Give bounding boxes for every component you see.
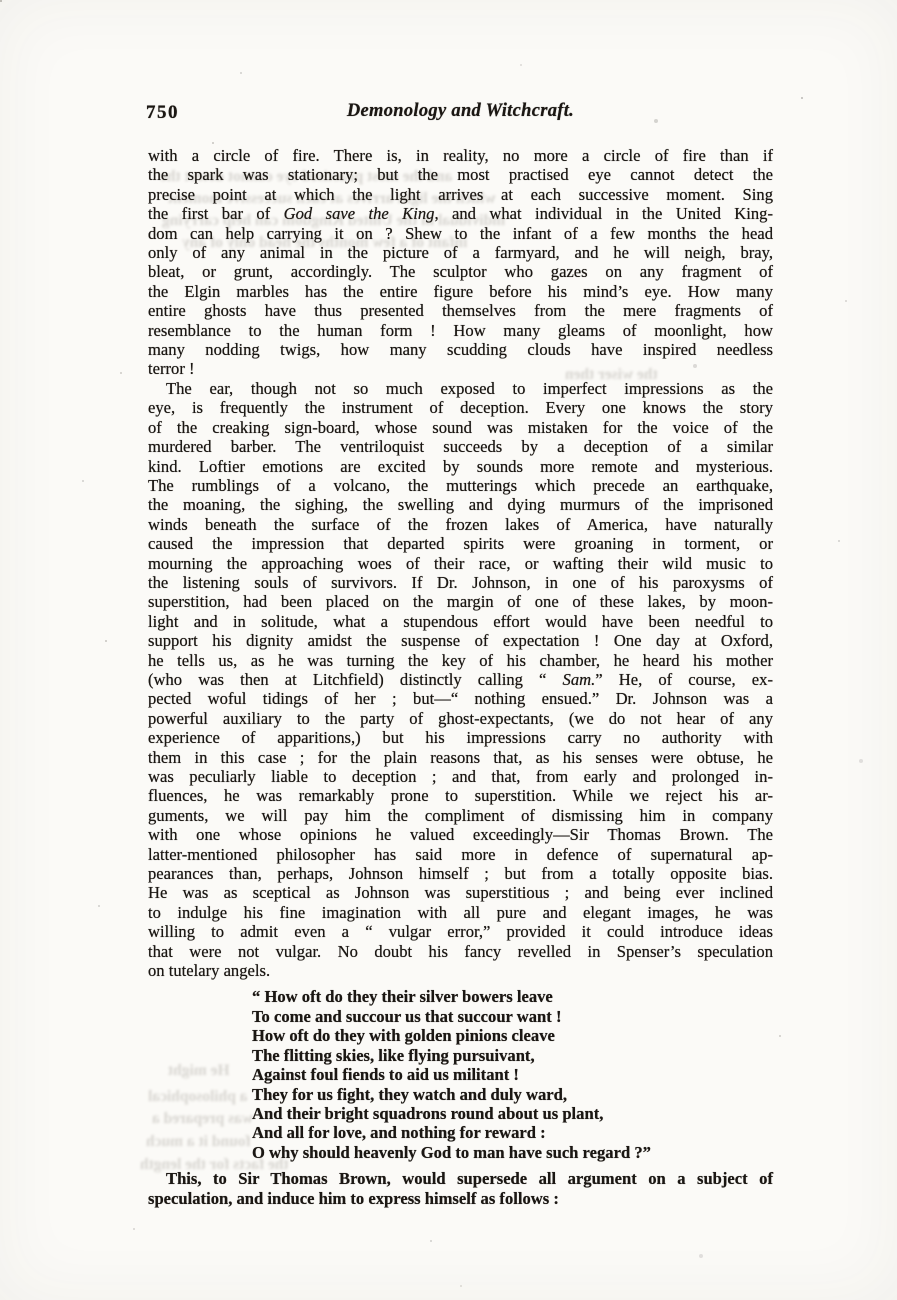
text-line: And all for love, and nothing for reward… [252,1123,773,1142]
text-line: (who was then at Litchfield) distinctly … [148,670,773,689]
text-line: speculation, and induce him to express h… [148,1189,773,1208]
text-line: resemblance to the human form ! How many… [148,321,773,340]
paragraph: with a circle of fire. There is, in real… [148,146,773,379]
text-line: with one whose opinions he valued exceed… [148,825,773,844]
text-line: the spark was stationary; but the most p… [148,165,773,184]
text-line: that were not vulgar. No doubt his fancy… [148,942,773,961]
text-line: He was as sceptical as Johnson was super… [148,883,773,902]
text-line: terror ! [148,359,773,378]
text-line: only of any animal in the picture of a f… [148,243,773,262]
text-line: They for us fight, they watch and duly w… [252,1085,773,1104]
text-line: The rumblings of a volcano, the mutterin… [148,476,773,495]
text-line: kind. Loftier emotions are excited by so… [148,457,773,476]
text-line: mourning the approaching woes of their r… [148,554,773,573]
text-line: fluences, he was remarkably prone to sup… [148,786,773,805]
page-header: 750 Demonology and Witchcraft. [148,101,773,127]
text-line: The flitting skies, like flying pursuiva… [252,1046,773,1065]
text-line: pearances than, perhaps, Johnson himself… [148,864,773,883]
text-line: precise point at which the light arrives… [148,185,773,204]
page-number: 750 [146,102,179,124]
text-line: murdered barber. The ventriloquist succe… [148,437,773,456]
text-line: experience of apparitions,) but his impr… [148,728,773,747]
text-line: To come and succour us that succour want… [252,1007,773,1026]
paragraph: This, to Sir Thomas Brown, would superse… [148,1169,773,1208]
text-line: the moaning, the sighing, the swelling a… [148,495,773,514]
running-title: Demonology and Witchcraft. [148,101,773,122]
text-line: on tutelary angels. [148,961,773,980]
paragraph: The ear, though not so much exposed to i… [148,379,773,981]
text-line: And their bright squadrons round about u… [252,1104,773,1123]
text-line: powerful auxiliary to the party of ghost… [148,709,773,728]
text-line: bleat, or grunt, accordingly. The sculpt… [148,262,773,281]
text-line: Against foul fiends to aid us militant ! [252,1065,773,1084]
text-line: O why should heavenly God to man have su… [252,1143,773,1162]
text-line: “ How oft do they their silver bowers le… [252,987,773,1006]
text-line: This, to Sir Thomas Brown, would superse… [148,1169,773,1188]
text-block: with a circle of fire. There is, in real… [148,146,773,1208]
text-line: the first bar of God save the King, and … [148,204,773,223]
text-line: dom can help carrying it on ? Shew to th… [148,224,773,243]
text-line: caused the impression that departed spir… [148,534,773,553]
text-line: guments, we will pay him the compliment … [148,806,773,825]
text-line: eye, is frequently the instrument of dec… [148,398,773,417]
text-line: was peculiarly liable to deception ; and… [148,767,773,786]
text-line: the Elgin marbles has the entire figure … [148,282,773,301]
text-line: pected woful tidings of her ; but—“ noth… [148,689,773,708]
text-line: them in this case ; for the plain reason… [148,748,773,767]
text-line: of the creaking sign-board, whose sound … [148,418,773,437]
text-line: he tells us, as he was turning the key o… [148,651,773,670]
text-line: The ear, though not so much exposed to i… [148,379,773,398]
text-line: willing to admit even a “ vulgar error,”… [148,922,773,941]
text-line: superstition, had been placed on the mar… [148,592,773,611]
text-line: winds beneath the surface of the frozen … [148,515,773,534]
scanned-book-page: 750 Demonology and Witchcraft. with a ci… [0,0,897,1300]
text-line: support his dignity amidst the suspense … [148,631,773,650]
text-line: many nodding twigs, how many scudding cl… [148,340,773,359]
poem-block: “ How oft do they their silver bowers le… [252,987,773,1162]
text-line: to indulge his fine imagination with all… [148,903,773,922]
text-line: with a circle of fire. There is, in real… [148,146,773,165]
text-line: light and in solitude, what a stupendous… [148,612,773,631]
text-line: entire ghosts have thus presented themse… [148,301,773,320]
text-line: latter-mentioned philosopher has said mo… [148,845,773,864]
text-line: How oft do they with golden pinions clea… [252,1026,773,1045]
text-line: the listening souls of survivors. If Dr.… [148,573,773,592]
